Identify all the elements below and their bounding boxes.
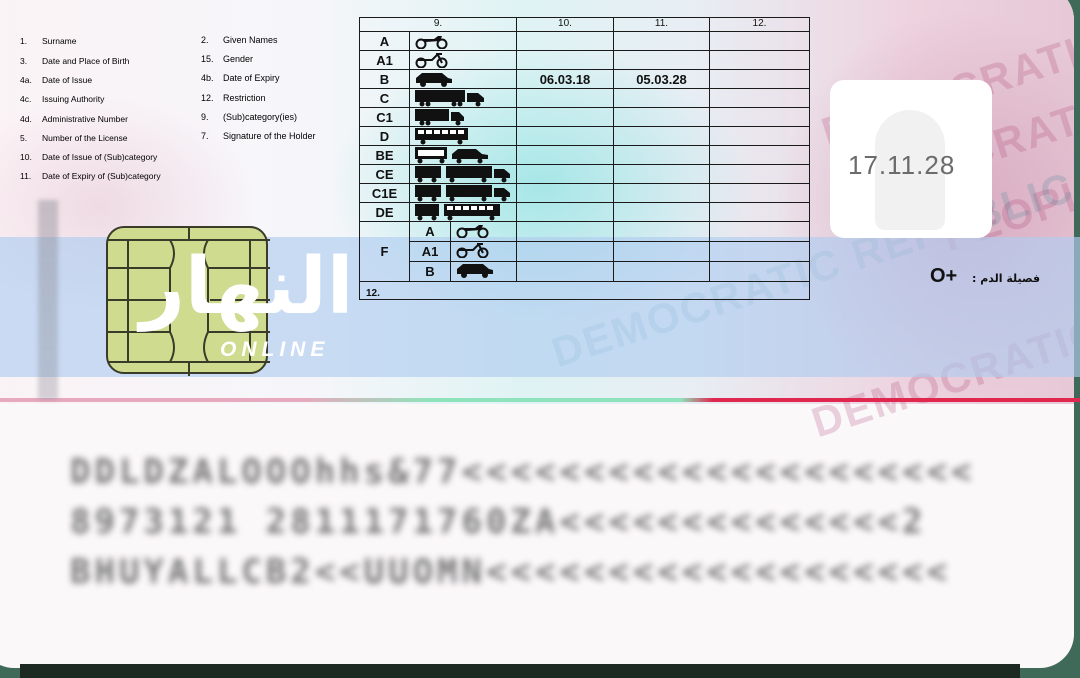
trailer-truck-icon	[410, 184, 517, 203]
f-sub-a-label: A	[410, 222, 451, 241]
label-subcategory-expiry: 11.Date of Expiry of (Sub)category	[20, 171, 161, 181]
f-row: A1	[360, 242, 810, 262]
category-restriction	[710, 32, 810, 51]
motorcycle-icon	[410, 32, 517, 51]
photo-expiry-date: 17.11.28	[848, 150, 955, 181]
bus-icon	[410, 127, 517, 146]
category-label: D	[360, 127, 410, 146]
vertical-serial-number	[38, 200, 58, 400]
table-row: D	[360, 127, 810, 146]
header-expiry: 11.	[614, 18, 710, 32]
category-issue-date	[517, 89, 614, 108]
table-footer-row: 12.	[360, 282, 810, 300]
table-row: DE	[360, 203, 810, 222]
label-expiry-date: 4b.Date of Expiry	[201, 73, 280, 83]
category-expiry-date	[614, 89, 710, 108]
category-label: BE	[360, 146, 410, 165]
label-subcategories: 9.(Sub)category(ies)	[201, 112, 297, 122]
category-label: A1	[360, 51, 410, 70]
category-issue-date	[517, 146, 614, 165]
category-expiry-date	[614, 51, 710, 70]
car-icon	[451, 262, 495, 281]
category-expiry-date	[614, 184, 710, 203]
color-stripe	[0, 398, 1080, 402]
category-restriction	[710, 70, 810, 89]
label-issuing-authority: 4c.Issuing Authority	[20, 94, 104, 104]
header-restriction: 12.	[710, 18, 810, 32]
f-sub-a: A	[410, 222, 517, 242]
category-issue-date	[517, 127, 614, 146]
watermark-online-logo: ONLINE	[220, 338, 329, 362]
category-label: C1	[360, 108, 410, 127]
label-given-names: 2.Given Names	[201, 35, 278, 45]
mrz-line-2: 8973121 2811171760ZA<<<<<<<<<<<<<<2	[70, 502, 926, 542]
scooter-icon	[451, 242, 491, 261]
category-restriction	[710, 108, 810, 127]
category-issue-date	[517, 184, 614, 203]
motorcycle-icon	[451, 222, 491, 241]
blood-group-label: فصيلة الدم :	[972, 272, 1040, 285]
category-restriction	[710, 203, 810, 222]
mrz-line-1: DDLDZALOOOhhs&77<<<<<<<<<<<<<<<<<<<<<	[70, 452, 975, 492]
f-row: B	[360, 262, 810, 282]
label-subcategory-issue: 10.Date of Issue of (Sub)category	[20, 152, 157, 162]
f-sub-a1: A1	[410, 242, 517, 262]
table-row: B06.03.1805.03.28	[360, 70, 810, 89]
f-sub-b: B	[410, 262, 517, 282]
category-label: DE	[360, 203, 410, 222]
category-expiry-date	[614, 146, 710, 165]
category-expiry-date	[614, 127, 710, 146]
category-restriction	[710, 184, 810, 203]
truck-trailer-icon	[410, 89, 517, 108]
category-issue-date	[517, 203, 614, 222]
trailer-bus-icon	[410, 203, 517, 222]
category-restriction	[710, 51, 810, 70]
watermark-arabic-logo: النهار	[140, 248, 354, 326]
truck-icon	[410, 108, 517, 127]
table-row: C1E	[360, 184, 810, 203]
mrz-line-3: BHUYALLCB2<<UUOMN<<<<<<<<<<<<<<<<<<<	[70, 552, 951, 592]
trailer-truck-icon	[410, 165, 517, 184]
label-signature: 7.Signature of the Holder	[201, 131, 316, 141]
category-expiry-date	[614, 165, 710, 184]
label-gender: 15.Gender	[201, 54, 253, 64]
f-sub-a1-label: A1	[410, 242, 451, 261]
category-expiry-date	[614, 108, 710, 127]
category-expiry-date	[614, 32, 710, 51]
category-f: F	[360, 222, 410, 282]
category-issue-date	[517, 51, 614, 70]
f-row: F A	[360, 222, 810, 242]
category-label: C1E	[360, 184, 410, 203]
categories-table: 9. 10. 11. 12. AA1B06.03.1805.03.28CC1DB…	[359, 17, 810, 300]
category-restriction	[710, 127, 810, 146]
header-subcategories: 9.	[360, 18, 517, 32]
label-issue-date: 4a.Date of Issue	[20, 75, 92, 85]
table-row: A	[360, 32, 810, 51]
label-license-number: 5.Number of the License	[20, 133, 128, 143]
category-issue-date	[517, 32, 614, 51]
scooter-icon	[410, 51, 517, 70]
table-row: A1	[360, 51, 810, 70]
label-restriction: 12.Restriction	[201, 93, 266, 103]
category-issue-date: 06.03.18	[517, 70, 614, 89]
category-expiry-date	[614, 203, 710, 222]
category-issue-date	[517, 165, 614, 184]
category-label: A	[360, 32, 410, 51]
table-row: CE	[360, 165, 810, 184]
category-restriction	[710, 146, 810, 165]
header-issue: 10.	[517, 18, 614, 32]
category-issue-date	[517, 108, 614, 127]
background-surface	[20, 664, 1020, 678]
category-label: C	[360, 89, 410, 108]
table-header-row: 9. 10. 11. 12.	[360, 18, 810, 32]
f-sub-b-label: B	[410, 262, 451, 281]
category-label: B	[360, 70, 410, 89]
table-row: C	[360, 89, 810, 108]
label-admin-number: 4d.Administrative Number	[20, 114, 128, 124]
category-restriction	[710, 165, 810, 184]
table-row: C1	[360, 108, 810, 127]
blood-group-value: O+	[930, 265, 957, 288]
trailer-car-icon	[410, 146, 517, 165]
car-icon	[410, 70, 517, 89]
label-birth: 3.Date and Place of Birth	[20, 56, 129, 66]
restriction-footer: 12.	[360, 282, 810, 300]
label-surname: 1.Surname	[20, 36, 77, 46]
category-restriction	[710, 89, 810, 108]
table-row: BE	[360, 146, 810, 165]
category-expiry-date: 05.03.28	[614, 70, 710, 89]
category-label: CE	[360, 165, 410, 184]
